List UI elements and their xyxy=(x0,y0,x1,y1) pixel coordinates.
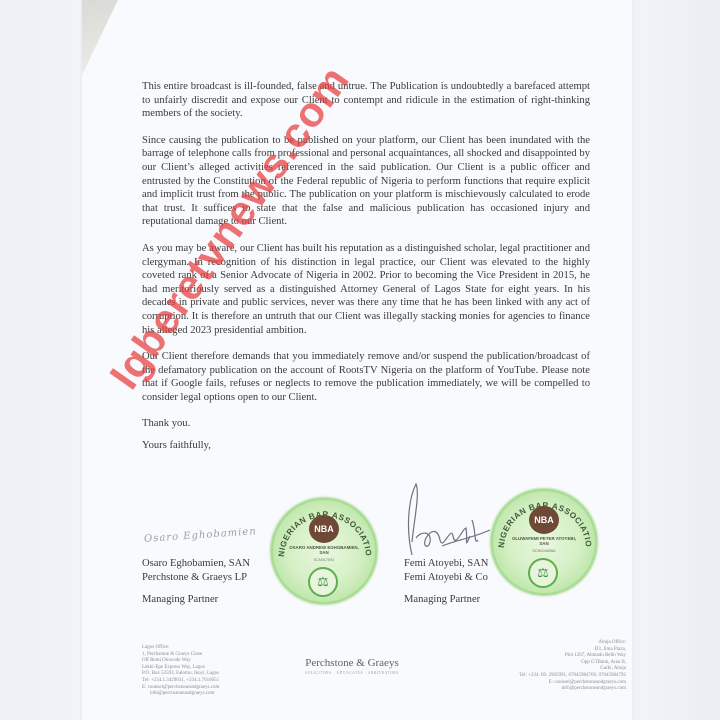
footer-email[interactable]: info@perchstoneandgraeys.com xyxy=(434,686,626,693)
paragraph-2: Since causing the publication to be publ… xyxy=(142,134,590,229)
footer-line: Garki, Abuja xyxy=(434,666,626,673)
seal-scn: SCN017091 xyxy=(298,558,350,562)
footer-line: Tel: +234.1.3429031, +234.1.7616051 xyxy=(142,678,272,685)
footer-email[interactable]: E: counsel@perchstoneandgraeys.com xyxy=(434,680,626,687)
seal-scn: SCN004656A xyxy=(518,549,570,553)
closing-line: Yours faithfully, xyxy=(142,439,590,453)
footer-email[interactable]: info@perchstoneandgraeys.com xyxy=(142,691,272,698)
seal-holder: OLUWAFEMI PETER ATOYEBI, SAN xyxy=(508,536,580,546)
footer-line: Opp GTBank, Area II, xyxy=(434,660,626,667)
signature-right-icon xyxy=(402,480,492,560)
paragraph-4: Our Client therefore demands that you im… xyxy=(142,350,590,404)
signatory-left: Osaro Eghobamien, SAN Perchstone & Graey… xyxy=(142,557,250,607)
scales-emblem-icon: ⚖ xyxy=(528,558,558,588)
footer-lagos-office: Lagos Office: 1, Perchstone & Graeys Clo… xyxy=(142,645,272,698)
signatory-title: Managing Partner xyxy=(142,593,250,607)
footer-brand: Perchstone & Graeys SOLICITORS · ADVOCAT… xyxy=(277,657,427,675)
background-left xyxy=(0,0,82,720)
footer-line: Off Remi Olowude Way xyxy=(142,658,272,665)
nba-seal-left: NIGERIAN BAR ASSOCIATION NBA OSARO ANDRE… xyxy=(270,497,378,605)
footer-abuja-office: Abuja Office: D3, Jima Plaza, Plot 1267,… xyxy=(434,640,626,693)
signature-left: Osaro Eghobamien xyxy=(144,526,257,545)
paragraph-3: As you may be aware, our Client has buil… xyxy=(142,242,590,337)
footer-line: Lagos Office: xyxy=(142,645,272,652)
signatory-name: Femi Atoyebi, SAN xyxy=(404,557,488,571)
footer-line: Plot 1267, Ahmadu Bello Way xyxy=(434,653,626,660)
brand-tagline: SOLICITORS · ADVOCATES · ARBITRATORS xyxy=(277,671,427,675)
scales-emblem-icon: ⚖ xyxy=(308,567,338,597)
signatory-firm: Perchstone & Graeys LP xyxy=(142,571,250,585)
signatory-name: Osaro Eghobamien, SAN xyxy=(142,557,250,571)
signatory-right: Femi Atoyebi, SAN Femi Atoyebi & Co Mana… xyxy=(404,557,488,607)
nba-logo-icon: NBA xyxy=(529,506,559,534)
brand-name: Perchstone & Graeys xyxy=(277,657,427,669)
nba-logo-icon: NBA xyxy=(309,515,339,543)
thanks-line: Thank you. xyxy=(142,417,590,431)
footer-email[interactable]: E: counsel@perchstoneandgraeys.com xyxy=(142,685,272,692)
letter-page: This entire broadcast is ill-founded, fa… xyxy=(82,0,632,720)
footer-line: Abuja Office: xyxy=(434,640,626,647)
paragraph-1: This entire broadcast is ill-founded, fa… xyxy=(142,80,590,121)
signatory-firm: Femi Atoyebi & Co xyxy=(404,571,488,585)
footer-line: P.O. Box 52593, Falomo, Ikoyi, Lagos xyxy=(142,671,272,678)
footer-line: D3, Jima Plaza, xyxy=(434,647,626,654)
footer-line: Lekki-Epe Express Way, Lagos xyxy=(142,665,272,672)
signatory-title: Managing Partner xyxy=(404,593,488,607)
letter-body: This entire broadcast is ill-founded, fa… xyxy=(142,80,590,466)
nba-seal-right: NIGERIAN BAR ASSOCIATION NBA OLUWAFEMI P… xyxy=(490,488,598,596)
footer-line: Tel: +234. 09. 2905991, 07045984769, 070… xyxy=(434,673,626,680)
footer-line: 1, Perchstone & Graeys Close xyxy=(142,652,272,659)
seal-holder: OSARO ANDREW EGHOBAMIEN, SAN xyxy=(288,545,360,555)
background-right xyxy=(640,0,720,720)
